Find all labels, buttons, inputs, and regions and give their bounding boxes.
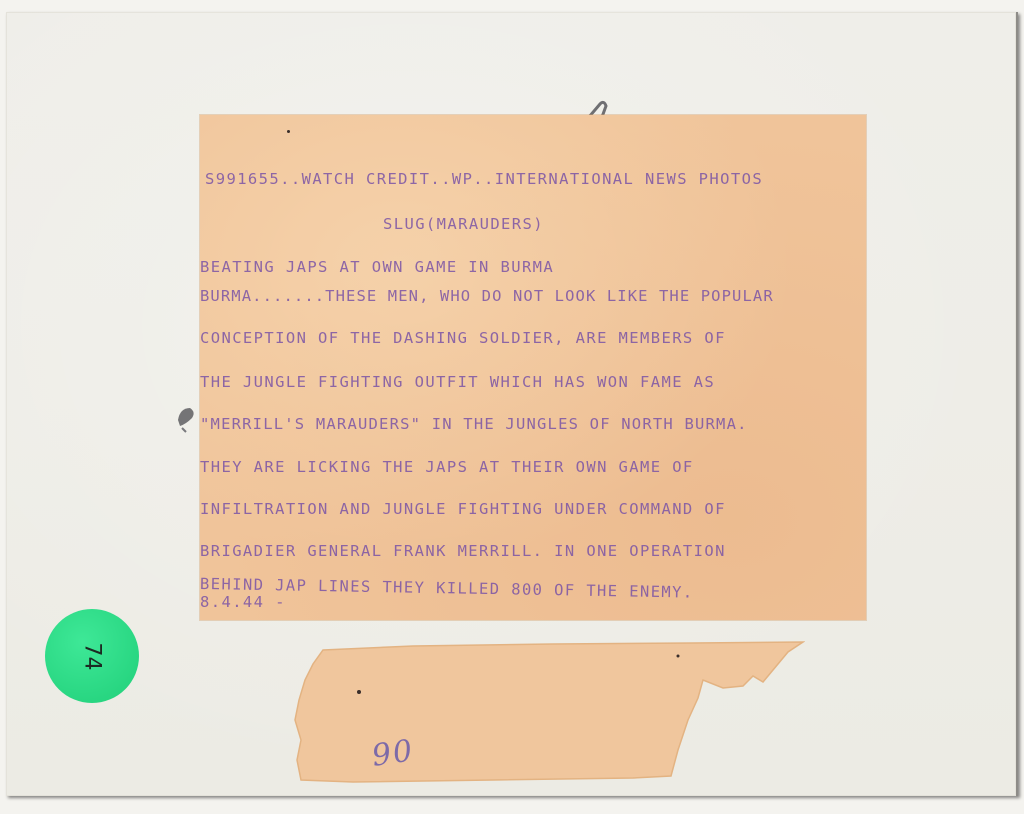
caption-date-line: 8.4.44 - — [200, 593, 286, 611]
caption-body-line: INFILTRATION AND JUNGLE FIGHTING UNDER C… — [200, 500, 726, 518]
caption-body-line: CONCEPTION OF THE DASHING SOLDIER, ARE M… — [200, 329, 726, 347]
caption-text: S991655..WATCH CREDIT..WP..INTERNATIONAL… — [200, 115, 866, 620]
handwritten-note: 90 — [370, 733, 417, 774]
photo-back-scene: IS G PHOTOUT THOUT EST. I POSE RMI S9916… — [0, 0, 1024, 814]
caption-slip: S991655..WATCH CREDIT..WP..INTERNATIONAL… — [200, 115, 866, 620]
caption-body-line: BURMA.......THESE MEN, WHO DO NOT LOOK L… — [200, 287, 774, 305]
caption-body-line: "MERRILL'S MARAUDERS" IN THE JUNGLES OF … — [200, 415, 748, 433]
caption-header: S991655..WATCH CREDIT..WP..INTERNATIONAL… — [205, 170, 763, 188]
caption-body-line: THE JUNGLE FIGHTING OUTFIT WHICH HAS WON… — [200, 373, 715, 391]
caption-body-line: BRIGADIER GENERAL FRANK MERRILL. IN ONE … — [200, 542, 726, 560]
caption-headline: BEATING JAPS AT OWN GAME IN BURMA — [200, 258, 554, 276]
caption-slug: SLUG(MARAUDERS) — [383, 215, 544, 233]
torn-tape — [293, 640, 805, 785]
sticker-number: 74 — [80, 642, 105, 670]
caption-body-line: THEY ARE LICKING THE JAPS AT THEIR OWN G… — [200, 458, 694, 476]
inventory-sticker: 74 — [45, 609, 139, 703]
